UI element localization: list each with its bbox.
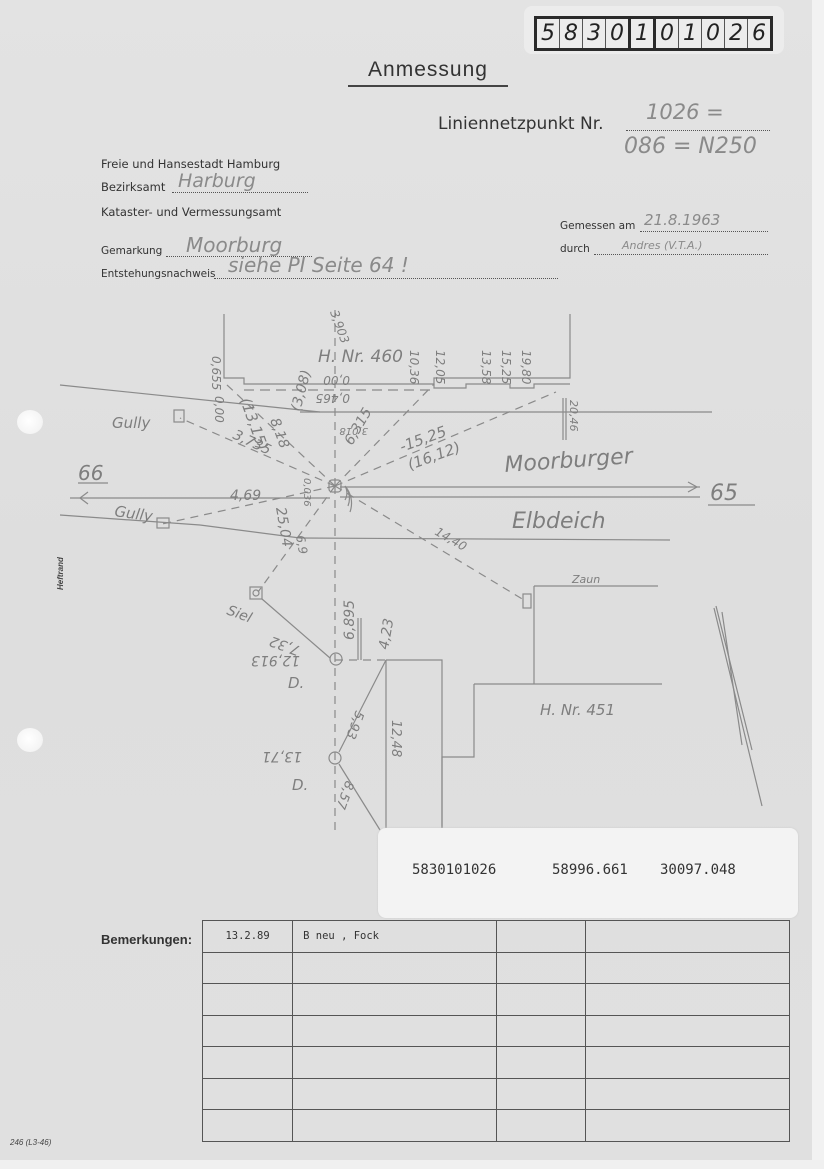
remarks-cell: B neu , Fock [293,921,497,953]
coordinate-point-number: 5830101026 [412,862,496,878]
remarks-table: 13.2.89B neu , Fock [202,920,790,1142]
remarks-cell [585,921,789,953]
point-d2-label: D. [292,776,308,794]
remarks-cell [293,1015,497,1047]
remarks-cell [585,1047,789,1079]
point-d1-label: D. [288,674,304,692]
remarks-cell [497,952,585,984]
coordinate-y: 30097.048 [660,862,736,878]
remarks-cell [293,1078,497,1110]
remarks-cell [585,1078,789,1110]
siel-label: Siel [225,603,254,627]
street-name-line1: Moorburger [504,444,636,478]
remarks-cell [203,952,293,984]
svg-text:12,48: 12,48 [388,720,403,757]
direction-66: 66 [78,461,103,485]
remarks-row [203,1047,790,1079]
svg-text:0,655: 0,655 [209,356,223,390]
remarks-cell [585,1110,789,1142]
svg-text:3,903: 3,903 [327,308,352,345]
remarks-cell [497,1078,585,1110]
form-code: 246 (L3-46) [10,1138,51,1147]
remarks-row [203,1078,790,1110]
svg-text:5,93: 5,93 [342,709,366,741]
remarks-cell [293,984,497,1016]
svg-text:19,80: 19,80 [519,350,533,385]
zaun-label: Zaun [571,573,600,586]
house-460-label: H. Nr. 460 [318,347,403,367]
remarks-cell [497,1110,585,1142]
remarks-row [203,952,790,984]
remarks-cell [203,1047,293,1079]
remarks-cell [497,1015,585,1047]
svg-text:4,69: 4,69 [230,488,261,504]
remarks-cell [585,984,789,1016]
remarks-cell [293,1047,497,1079]
svg-text:14,40: 14,40 [433,524,470,553]
remarks-cell [585,952,789,984]
direction-65: 65 [710,481,738,506]
svg-text:8,57: 8,57 [332,779,356,812]
svg-text:(3,08): (3,08) [288,368,314,413]
gully-label-2: Gully [113,502,155,525]
svg-text:13,58: 13,58 [479,350,493,385]
remarks-label: Bemerkungen: [101,932,192,947]
margin-label: Heftrand [56,557,65,590]
remarks-cell [497,984,585,1016]
gully-label-1: Gully [112,414,151,432]
svg-text:6,895: 6,895 [342,600,358,640]
remarks-cell: 13.2.89 [203,921,293,953]
remarks-cell [497,921,585,953]
scan-edge-bottom [0,1160,824,1169]
svg-text:4,23: 4,23 [376,617,397,650]
svg-text:6,9: 6,9 [293,534,310,555]
svg-text:0,465: 0,465 [316,391,350,405]
remarks-cell [203,1015,293,1047]
coordinate-label: 5830101026 58996.661 30097.048 [378,828,798,918]
remarks-cell [203,1110,293,1142]
svg-text:25,04: 25,04 [272,506,295,548]
street-name-line2: Elbdeich [512,509,606,534]
svg-text:10,36: 10,36 [407,350,421,385]
remarks-row [203,984,790,1016]
remarks-cell [293,952,497,984]
svg-text:12,913: 12,913 [251,652,300,668]
survey-sketch: H. Nr. 460 Moorburger Elbdeich 66 65 Gul… [0,0,824,840]
svg-text:0,00: 0,00 [323,373,350,387]
remarks-cell [203,984,293,1016]
remarks-cell [585,1015,789,1047]
svg-text:15,25: 15,25 [499,350,513,384]
remarks-row [203,1015,790,1047]
remarks-row: 13.2.89B neu , Fock [203,921,790,953]
coordinate-x: 58996.661 [552,862,628,878]
remarks-cell [497,1047,585,1079]
svg-text:0,00: 0,00 [212,396,226,423]
house-451-label: H. Nr. 451 [540,701,615,719]
svg-text:13,71: 13,71 [262,748,302,764]
remarks-row [203,1110,790,1142]
remarks-cell [293,1110,497,1142]
svg-text:12,05: 12,05 [433,350,447,384]
svg-text:20,46: 20,46 [567,400,580,432]
remarks-cell [203,1078,293,1110]
svg-text:0,036: 0,036 [301,478,312,507]
